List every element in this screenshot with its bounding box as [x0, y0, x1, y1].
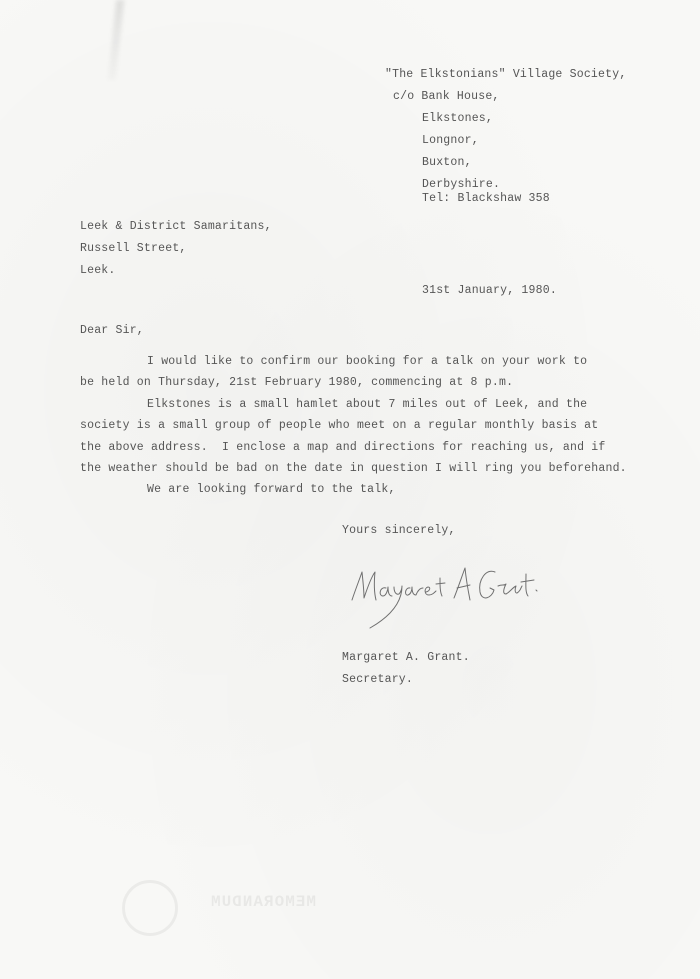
- sender-line-3: Elkstones,: [422, 112, 493, 125]
- body-line-6: the weather should be bad on the date in…: [80, 462, 627, 475]
- salutation: Dear Sir,: [80, 324, 144, 337]
- letter-date: 31st January, 1980.: [422, 284, 557, 297]
- signatory-name: Margaret A. Grant.: [342, 651, 470, 664]
- body-line-3: Elkstones is a small hamlet about 7 mile…: [147, 398, 587, 411]
- sender-line-2: c/o Bank House,: [393, 90, 500, 103]
- handwritten-signature: [350, 560, 540, 640]
- sender-line-1: "The Elkstonians" Village Society,: [385, 68, 626, 81]
- body-line-4: society is a small group of people who m…: [80, 419, 598, 432]
- body-line-5: the above address. I enclose a map and d…: [80, 441, 605, 454]
- letter-paper: "The Elkstonians" Village Society, c/o B…: [0, 0, 700, 979]
- body-line-7: We are looking forward to the talk,: [147, 483, 396, 496]
- body-line-1: I would like to confirm our booking for …: [147, 355, 587, 368]
- recipient-line-1: Leek & District Samaritans,: [80, 220, 272, 233]
- sender-phone: Tel: Blackshaw 358: [422, 192, 550, 205]
- sender-line-4: Longnor,: [422, 134, 479, 147]
- body-line-2: be held on Thursday, 21st February 1980,…: [80, 376, 513, 389]
- recipient-line-2: Russell Street,: [80, 242, 187, 255]
- recipient-line-3: Leek.: [80, 264, 116, 277]
- closing: Yours sincerely,: [342, 524, 456, 537]
- paper-crease: [108, 0, 124, 80]
- sender-line-6: Derbyshire.: [422, 178, 500, 191]
- signatory-title: Secretary.: [342, 673, 413, 686]
- show-through-stamp-text: MEMORANDUM: [210, 893, 316, 911]
- sender-line-5: Buxton,: [422, 156, 472, 169]
- show-through-seal: [122, 880, 178, 936]
